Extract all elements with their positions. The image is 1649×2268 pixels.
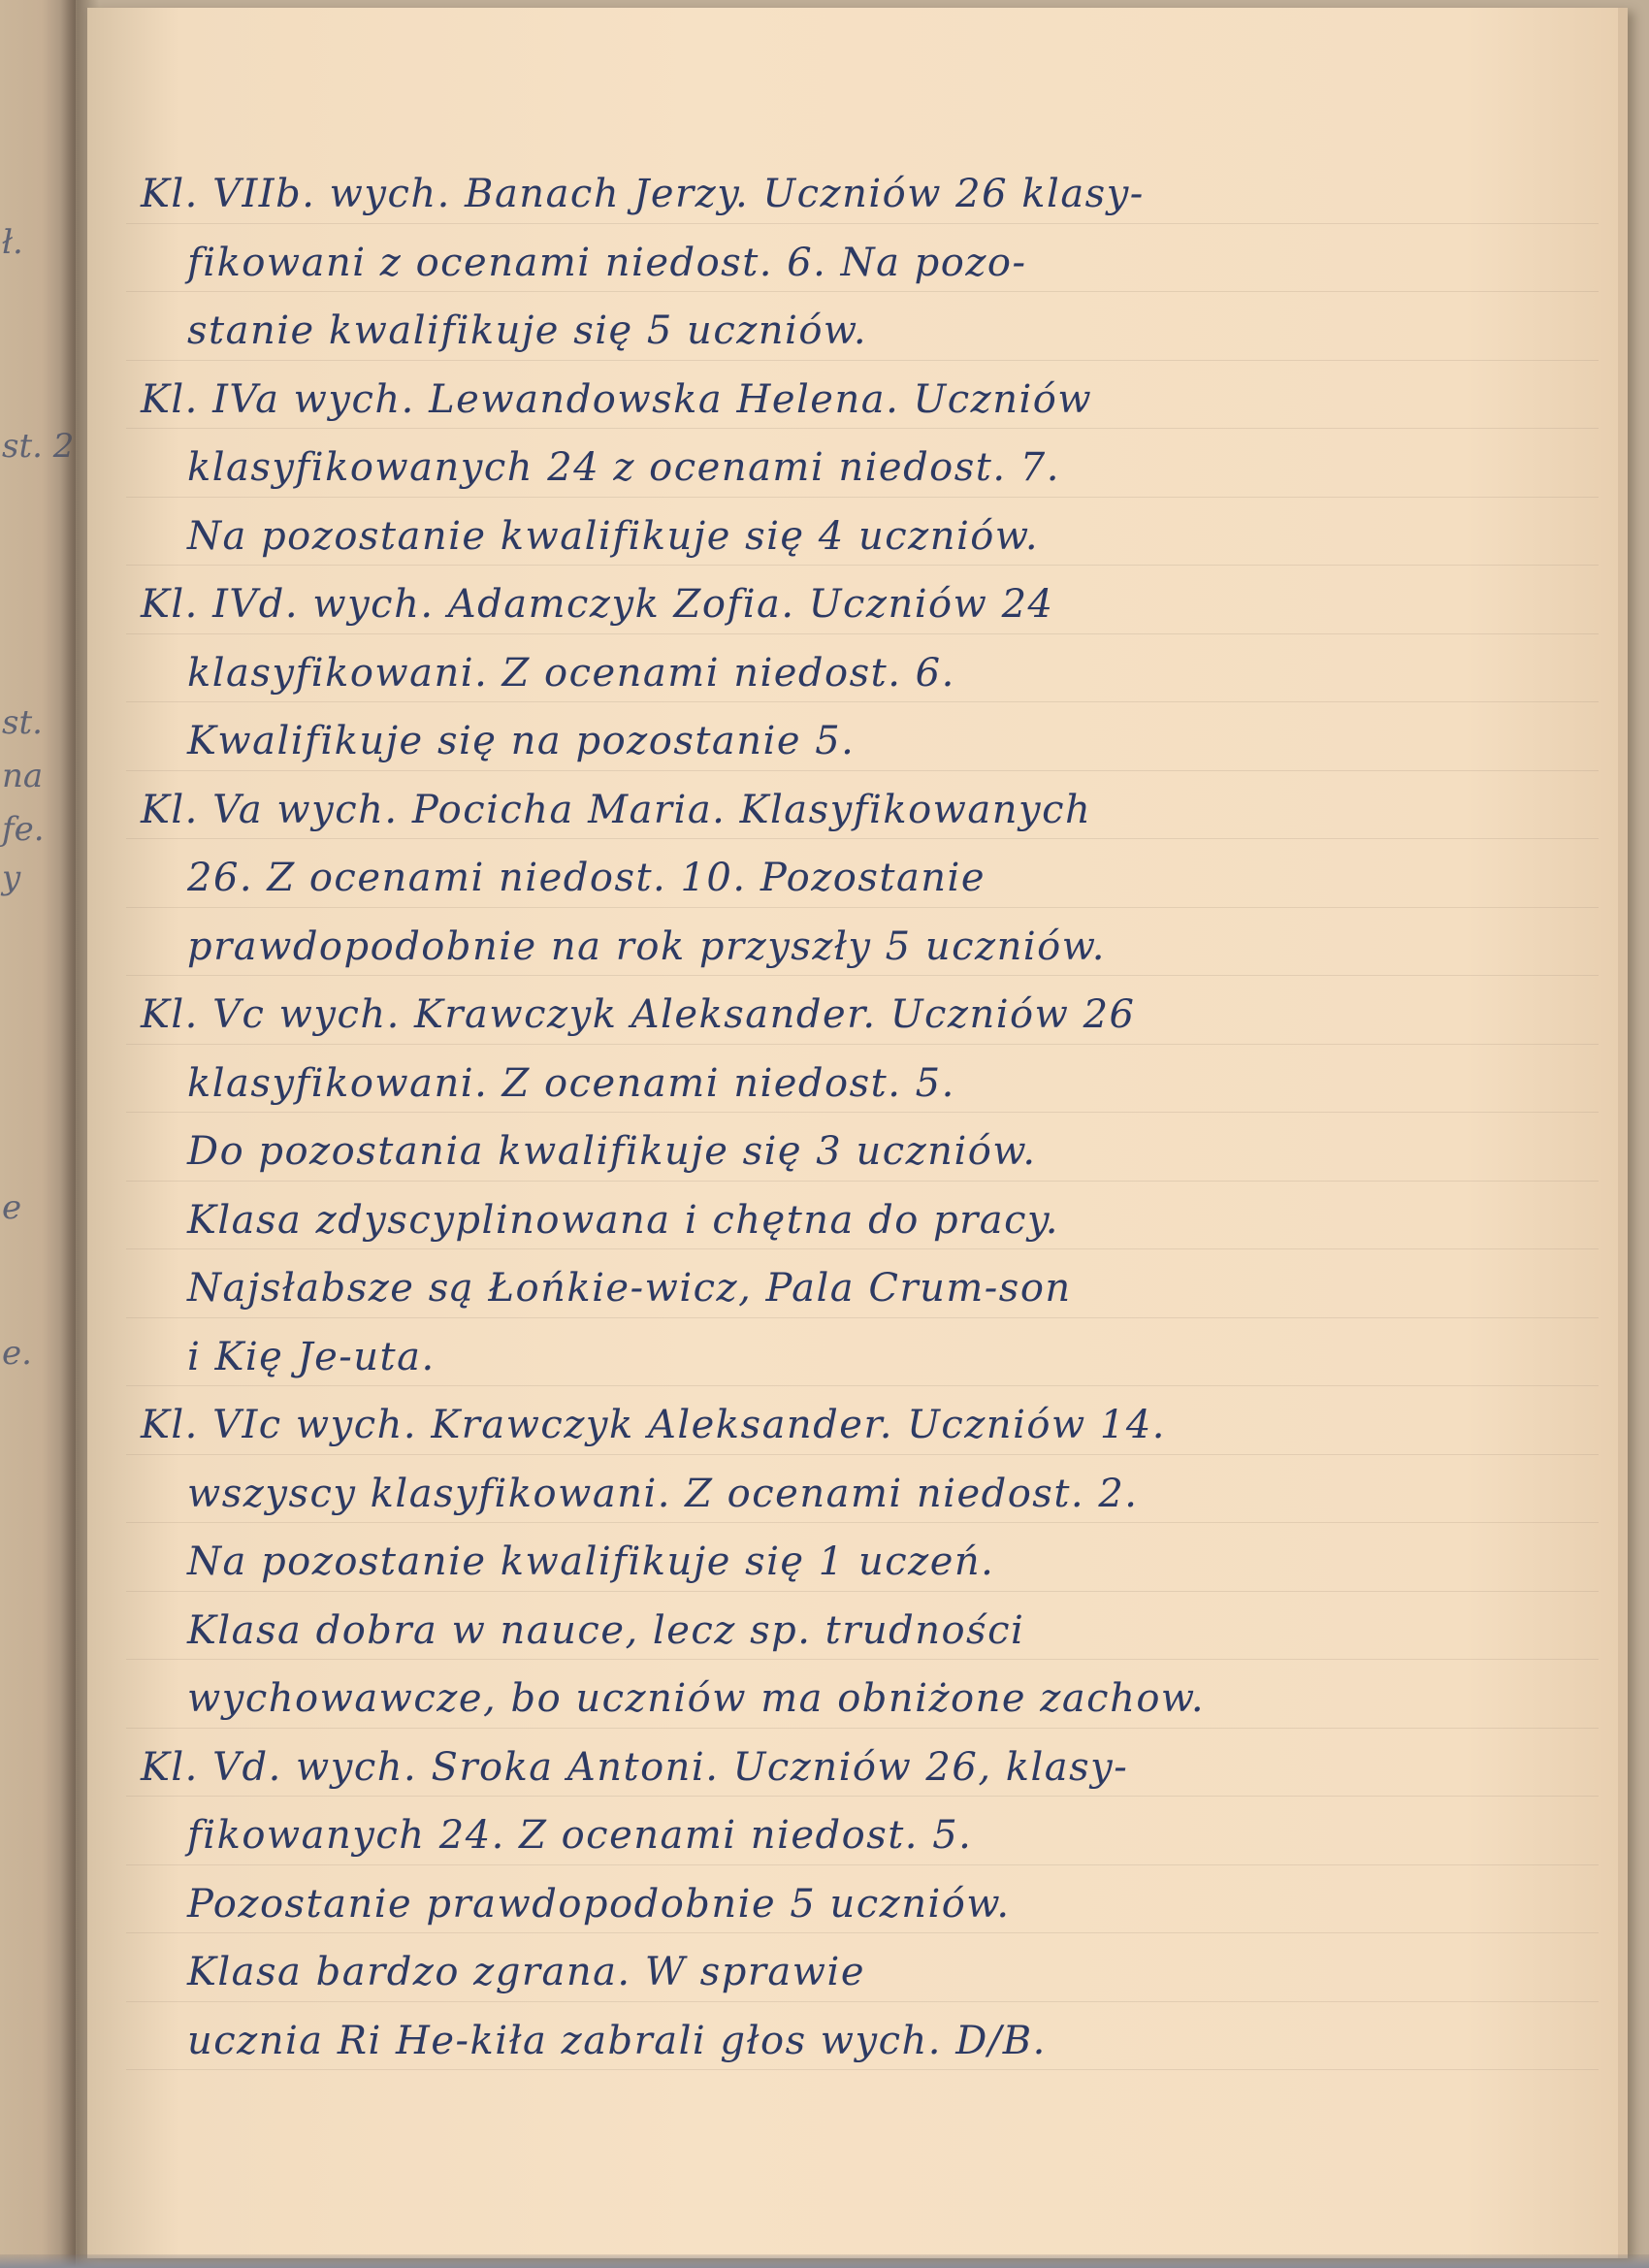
class-entry-vd: Kl. Vd. wych. Sroka Antoni. Uczniów 26, … xyxy=(141,1733,1537,2076)
handwritten-text-body: Kl. VIIb. wych. Banach Jerzy. Uczniów 26… xyxy=(141,160,1537,2075)
text-line: Kl. IVd. wych. Adamczyk Zofia. Uczniów 2… xyxy=(141,570,1537,639)
text-line: Klasa dobra w nauce, lecz sp. trudności xyxy=(141,1597,1537,1666)
text-line: Pozostanie prawdopodobnie 5 uczniów. xyxy=(141,1870,1537,1939)
margin-fragment: fe. xyxy=(2,810,45,849)
text-line: ucznia Ri He-kiła zabrali głos wych. D/B… xyxy=(141,2007,1537,2076)
text-line: Do pozostania kwalifikuje się 3 uczniów. xyxy=(141,1118,1537,1186)
text-line: Kl. Va wych. Pocicha Maria. Klasyfikowan… xyxy=(141,776,1537,845)
text-line: wychowawcze, bo uczniów ma obniżone zach… xyxy=(141,1665,1537,1733)
class-entry-va: Kl. Va wych. Pocicha Maria. Klasyfikowan… xyxy=(141,776,1537,982)
margin-fragment: y xyxy=(2,859,20,897)
margin-fragment: na xyxy=(2,757,43,795)
text-line: Kl. Vd. wych. Sroka Antoni. Uczniów 26, … xyxy=(141,1733,1537,1802)
text-line: wszyscy klasyfikowani. Z ocenami niedost… xyxy=(141,1460,1537,1529)
text-line: Na pozostanie kwalifikuje się 1 uczeń. xyxy=(141,1528,1537,1597)
class-entry-ivd: Kl. IVd. wych. Adamczyk Zofia. Uczniów 2… xyxy=(141,570,1537,776)
text-line: klasyfikowani. Z ocenami niedost. 6. xyxy=(141,639,1537,708)
margin-fragment: e. xyxy=(2,1334,32,1373)
text-line: Klasa bardzo zgrana. W sprawie xyxy=(141,1938,1537,2007)
margin-fragment: ł. xyxy=(2,223,23,262)
margin-fragment: st. xyxy=(2,703,43,742)
text-line: fikowanych 24. Z ocenami niedost. 5. xyxy=(141,1801,1537,1870)
text-line: klasyfikowani. Z ocenami niedost. 5. xyxy=(141,1050,1537,1118)
class-entry-iva: Kl. IVa wych. Lewandowska Helena. Ucznió… xyxy=(141,366,1537,571)
text-line: Kl. Vc wych. Krawczyk Aleksander. Ucznió… xyxy=(141,981,1537,1050)
text-line: Klasa zdyscyplinowana i chętna do pracy. xyxy=(141,1186,1537,1255)
text-line: Najsłabsze są Łońkie-wicz, Pala Crum-son xyxy=(141,1254,1537,1323)
text-line: Kl. IVa wych. Lewandowska Helena. Ucznió… xyxy=(141,366,1537,435)
text-line: Kwalifikuje się na pozostanie 5. xyxy=(141,707,1537,776)
class-entry-vic: Kl. VIc wych. Krawczyk Aleksander. Uczni… xyxy=(141,1391,1537,1733)
margin-fragment: e xyxy=(2,1188,21,1227)
class-entry-viib: Kl. VIIb. wych. Banach Jerzy. Uczniów 26… xyxy=(141,160,1537,366)
text-line: fikowani z ocenami niedost. 6. Na pozo- xyxy=(141,229,1537,298)
scanner-bottom-edge xyxy=(0,2254,1649,2268)
text-line: stanie kwalifikuje się 5 uczniów. xyxy=(141,297,1537,366)
text-line: i Kię Je-uta. xyxy=(141,1323,1537,1392)
text-line: Kl. VIc wych. Krawczyk Aleksander. Uczni… xyxy=(141,1391,1537,1460)
text-line: prawdopodobnie na rok przyszły 5 uczniów… xyxy=(141,913,1537,982)
text-line: klasyfikowanych 24 z ocenami niedost. 7. xyxy=(141,434,1537,502)
class-entry-vc: Kl. Vc wych. Krawczyk Aleksander. Ucznió… xyxy=(141,981,1537,1391)
text-line: Kl. VIIb. wych. Banach Jerzy. Uczniów 26… xyxy=(141,160,1537,229)
text-line: Na pozostanie kwalifikuje się 4 uczniów. xyxy=(141,502,1537,571)
text-line: 26. Z ocenami niedost. 10. Pozostanie xyxy=(141,844,1537,913)
